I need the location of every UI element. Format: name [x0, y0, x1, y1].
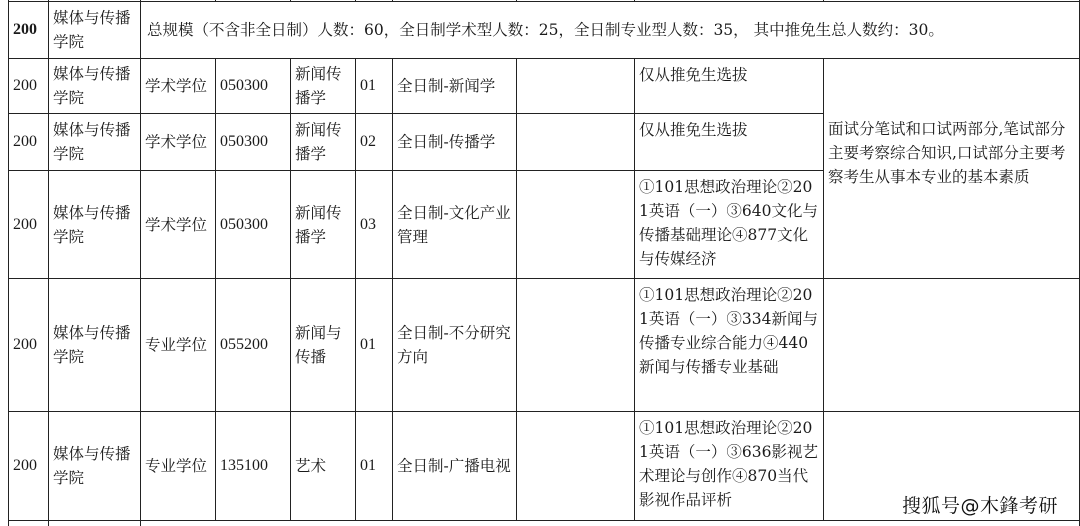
- dept-name: 媒体与传播学院: [49, 171, 141, 279]
- degree-type: 专业学位: [141, 412, 216, 521]
- remarks: [824, 279, 1080, 412]
- blank-cell: [517, 114, 635, 171]
- dept-name: 媒体与传播学院: [49, 412, 141, 521]
- major-name: 新闻传播学: [291, 114, 356, 171]
- direction-name: 全日制-新闻学: [393, 59, 517, 114]
- exam-subjects: ①101思想政治理论②201英语（一）③640文化与传播基础理论④877文化与传…: [635, 171, 824, 279]
- blank-cell: [517, 59, 635, 114]
- exam-subjects: 仅从推免生选拔: [635, 114, 824, 171]
- major-code: 050300: [216, 114, 291, 171]
- dept-code: 200: [9, 171, 49, 279]
- dept-code: 200: [9, 412, 49, 521]
- admissions-table-container: 200 媒体与传播学院 总规模（不含非全日制）人数：60，全日制学术型人数：25…: [8, 0, 1080, 526]
- direction-name: 全日制-文化产业管理: [393, 171, 517, 279]
- major-code: 135100: [216, 412, 291, 521]
- direction-name: 全日制-不分研究方向: [393, 279, 517, 412]
- academic-remarks: 面试分笔试和口试两部分,笔试部分主要考察综合知识,口试部分主要考察考生从事本专业…: [824, 59, 1080, 279]
- direction-code: 01: [356, 412, 393, 521]
- dept-name: 媒体与传播学院: [49, 2, 141, 59]
- dept-name: 媒体与传播学院: [49, 114, 141, 171]
- major-code: 050300: [216, 59, 291, 114]
- direction-code: 03: [356, 171, 393, 279]
- blank-cell: [517, 412, 635, 521]
- major-name: 新闻传播学: [291, 59, 356, 114]
- degree-type: 学术学位: [141, 171, 216, 279]
- table-row: 200 媒体与传播学院 学术学位 050300 新闻传播学 01 全日制-新闻学…: [9, 59, 1080, 114]
- dept-name: 媒体与传播学院: [49, 59, 141, 114]
- major-name: 新闻传播学: [291, 171, 356, 279]
- direction-code: 01: [356, 59, 393, 114]
- direction-name: 全日制-广播电视: [393, 412, 517, 521]
- exam-subjects: ①101思想政治理论②201英语（一）③334新闻与传播专业综合能力④440新闻…: [635, 279, 824, 412]
- enrollment-summary: 总规模（不含非全日制）人数：60，全日制学术型人数：25，全日制专业型人数：35…: [141, 2, 1080, 59]
- watermark: 搜狐号@木鋒考研: [902, 491, 1058, 518]
- major-code: 050300: [216, 171, 291, 279]
- summary-row: 200 媒体与传播学院 总规模（不含非全日制）人数：60，全日制学术型人数：25…: [9, 2, 1080, 59]
- blank-cell: [517, 171, 635, 279]
- degree-type: 专业学位: [141, 279, 216, 412]
- dept-code: 200: [9, 2, 49, 59]
- major-name: 新闻与传播: [291, 279, 356, 412]
- dept-code: 200: [9, 59, 49, 114]
- table-row: 200 媒体与传播学院 专业学位 055200 新闻与传播 01 全日制-不分研…: [9, 279, 1080, 412]
- blank-cell: [517, 279, 635, 412]
- dept-name: 媒体与传播学院: [49, 279, 141, 412]
- direction-code: 02: [356, 114, 393, 171]
- degree-type: 学术学位: [141, 59, 216, 114]
- dept-code: 200: [9, 279, 49, 412]
- admissions-table: 200 媒体与传播学院 总规模（不含非全日制）人数：60，全日制学术型人数：25…: [8, 0, 1080, 526]
- direction-name: 全日制-传播学: [393, 114, 517, 171]
- major-code: 055200: [216, 279, 291, 412]
- direction-code: 01: [356, 279, 393, 412]
- exam-subjects: 仅从推免生选拔: [635, 59, 824, 114]
- major-name: 艺术: [291, 412, 356, 521]
- exam-subjects: ①101思想政治理论②201英语（一）③636影视艺术理论与创作④870当代影视…: [635, 412, 824, 521]
- degree-type: 学术学位: [141, 114, 216, 171]
- dept-code: 200: [9, 114, 49, 171]
- next-row-stub: [9, 521, 1080, 526]
